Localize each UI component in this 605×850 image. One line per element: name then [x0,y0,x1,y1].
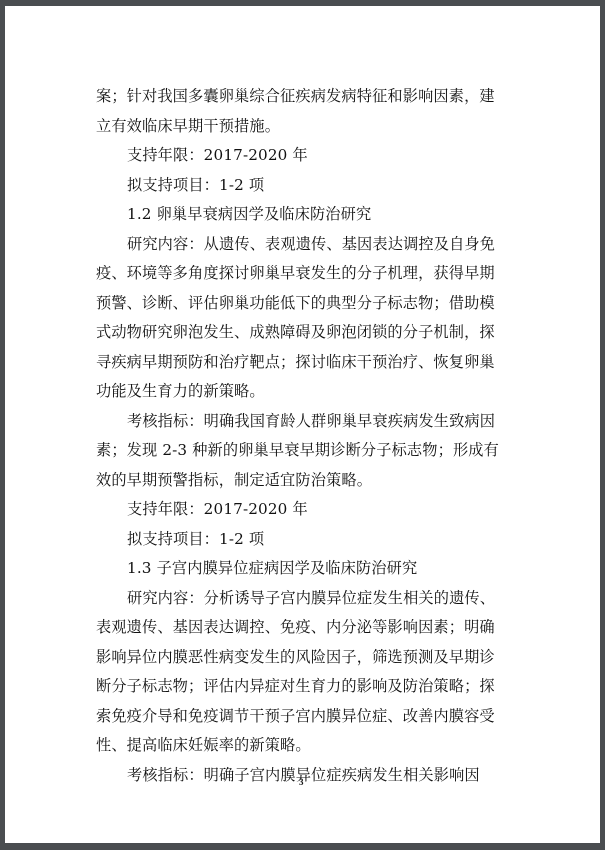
page-body: 案；针对我国多囊卵巢综合征疾病发病特征和影响因素，建 立有效临床早期干预措施。 … [96,82,516,790]
support-projects: 拟支持项目：1-2 项 [96,525,516,555]
support-years: 支持年限：2017-2020 年 [96,495,516,525]
text-line: 性、提高临床妊娠率的新策略。 [96,731,516,761]
text-line: 考核指标：明确我国育龄人群卵巢早衰疾病发生致病因 [96,407,516,437]
page-number: 3 [299,777,304,787]
document-page: 案；针对我国多囊卵巢综合征疾病发病特征和影响因素，建 立有效临床早期干预措施。 … [5,6,600,843]
text-line: 案；针对我国多囊卵巢综合征疾病发病特征和影响因素，建 [96,82,516,112]
text-line: 研究内容：分析诱导子宫内膜异位症发生相关的遗传、 [96,584,516,614]
text-line: 研究内容：从遗传、表观遗传、基因表达调控及自身免 [96,230,516,260]
text-line: 疫、环境等多角度探讨卵巢早衰发生的分子机理，获得早期 [96,259,516,289]
text-line: 功能及生育力的新策略。 [96,377,516,407]
support-years: 支持年限：2017-2020 年 [96,141,516,171]
text-line: 断分子标志物；评估内异症对生育力的影响及防治策略；探 [96,672,516,702]
text-line: 效的早期预警指标，制定适宜防治策略。 [96,466,516,496]
section-heading-1-2: 1.2 卵巢早衰病因学及临床防治研究 [96,200,516,230]
text-line: 寻疾病早期预防和治疗靶点；探讨临床干预治疗、恢复卵巢 [96,348,516,378]
text-line: 式动物研究卵泡发生、成熟障碍及卵泡闭锁的分子机制，探 [96,318,516,348]
text-line: 预警、诊断、评估卵巢功能低下的典型分子标志物；借助模 [96,289,516,319]
text-line: 立有效临床早期干预措施。 [96,112,516,142]
text-line: 素；发现 2-3 种新的卵巢早衰早期诊断分子标志物；形成有 [96,436,516,466]
section-heading-1-3: 1.3 子宫内膜异位症病因学及临床防治研究 [96,554,516,584]
support-projects: 拟支持项目：1-2 项 [96,171,516,201]
text-line: 表观遗传、基因表达调控、免疫、内分泌等影响因素；明确 [96,613,516,643]
text-line: 考核指标：明确子宫内膜异位症疾病发生相关影响因 [96,761,516,791]
text-line: 影响异位内膜恶性病变发生的风险因子，筛选预测及早期诊 [96,643,516,673]
text-line: 索免疫介导和免疫调节干预子宫内膜异位症、改善内膜容受 [96,702,516,732]
